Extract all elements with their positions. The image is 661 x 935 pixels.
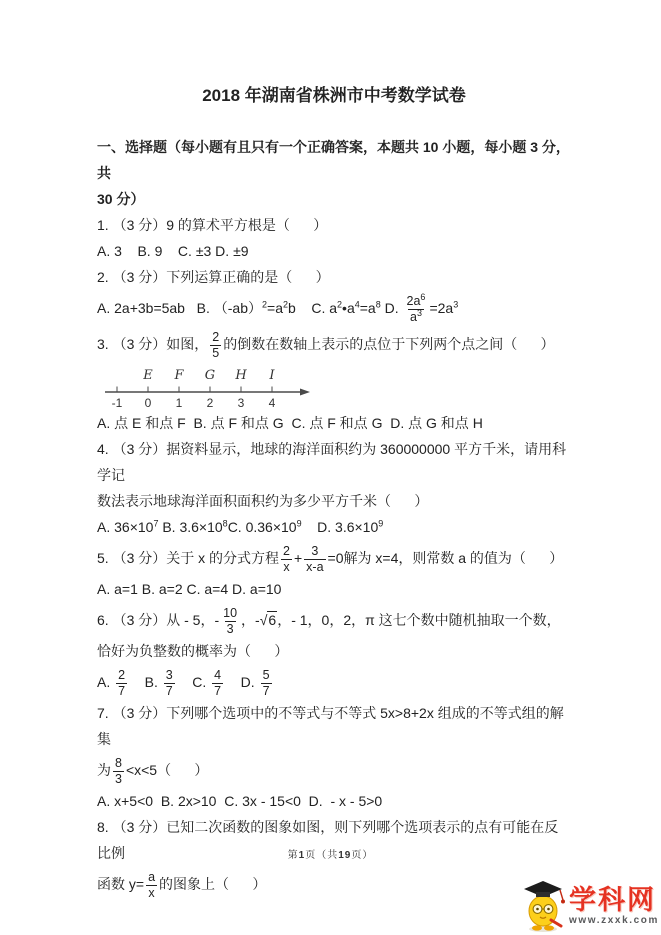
exam-content: 2018 年湖南省株洲市中考数学试卷 一、选择题（每小题有且只有一个正确答案，本… xyxy=(97,84,571,902)
page-title: 2018 年湖南省株洲市中考数学试卷 xyxy=(97,84,571,108)
question-4-stem-line1: 4. （3 分）据资料显示，地球的海洋面积约为 360000000 平方千米，请… xyxy=(97,436,571,488)
question-4: 4. （3 分）据资料显示，地球的海洋面积约为 360000000 平方千米，请… xyxy=(97,436,571,540)
point-label-F: F xyxy=(173,368,184,383)
section-heading-line1: 一、选择题（每小题有且只有一个正确答案，本题共 10 小题，每小题 3 分，共 xyxy=(97,134,571,186)
question-3: 3. （3 分）如图，25的倒数在数轴上表示的点位于下列两个点之间（ ） E xyxy=(97,326,571,436)
tick-label-3: 3 xyxy=(238,396,245,410)
question-4-stem-line2: 数法表示地球海洋面积面积约为多少平方千米（ ） xyxy=(97,488,571,514)
zxxk-logo-text: 学科网 www.zxxk.com xyxy=(569,887,659,926)
point-label-H: H xyxy=(234,368,247,383)
zxxk-logo[interactable]: 学科网 www.zxxk.com xyxy=(521,879,659,933)
question-7-stem-line1: 7. （3 分）下列哪个选项中的不等式与不等式 5x>8+2x 组成的不等式组的… xyxy=(97,700,571,752)
point-label-E: E xyxy=(142,368,153,383)
footer-text: 页（共 xyxy=(305,850,338,861)
zxxk-mascot-icon xyxy=(521,879,567,933)
question-8-stem-line2: 函数 y=ax的图象上（ ） xyxy=(97,866,571,902)
page-footer: 第1页（共19页） xyxy=(0,846,661,861)
zxxk-brand-text: 学科网 xyxy=(569,887,659,914)
question-2-options: A. 2a+3b=5ab B. （-ab）2=a2b C. a2•a4=a8 D… xyxy=(97,290,571,326)
question-2: 2. （3 分）下列运算正确的是（ ） A. 2a+3b=5ab B. （-ab… xyxy=(97,264,571,326)
question-6-stem-line2: 恰好为负整数的概率为（ ） xyxy=(97,638,571,664)
question-6-options: A. 27 B. 37 C. 47 D. 57 xyxy=(97,664,571,700)
footer-text: 第 xyxy=(288,850,299,861)
footer-text: 页） xyxy=(351,850,373,861)
tick-label-neg1: -1 xyxy=(112,396,123,410)
tick-label-2: 2 xyxy=(207,396,214,410)
point-label-I: I xyxy=(268,368,275,383)
question-5-stem: 5. （3 分）关于 x 的分式方程2x+3x-a=0解为 x=4，则常数 a … xyxy=(97,540,571,576)
question-1-options: A. 3 B. 9 C. ±3 D. ±9 xyxy=(97,238,571,264)
zxxk-url-text: www.zxxk.com xyxy=(569,915,659,926)
total-pages: 19 xyxy=(338,850,351,861)
question-6-stem-line1: 6. （3 分）从 - 5，-103，-√6，- 1，0，2，π 这七个数中随机… xyxy=(97,602,571,638)
exam-page: 2018 年湖南省株洲市中考数学试卷 一、选择题（每小题有且只有一个正确答案，本… xyxy=(0,0,661,935)
number-line-figure: E F G H I -1 0 1 2 3 4 xyxy=(103,364,571,410)
question-7-options: A. x+5<0 B. 2x>10 C. 3x - 15<0 D. - x - … xyxy=(97,788,571,814)
number-line-axis xyxy=(105,387,310,396)
question-1-stem: 1. （3 分）9 的算术平方根是（ ） xyxy=(97,212,571,238)
question-4-options: A. 36×107 B. 3.6×108C. 0.36×109 D. 3.6×1… xyxy=(97,514,571,540)
number-line-svg: E F G H I -1 0 1 2 3 4 xyxy=(103,364,315,410)
section-heading-line2: 30 分） xyxy=(97,186,571,212)
question-2-stem: 2. （3 分）下列运算正确的是（ ） xyxy=(97,264,571,290)
question-3-stem: 3. （3 分）如图，25的倒数在数轴上表示的点位于下列两个点之间（ ） xyxy=(97,326,571,362)
question-5-options: A. a=1 B. a=2 C. a=4 D. a=10 xyxy=(97,576,571,602)
point-label-G: G xyxy=(205,368,215,383)
tick-label-4: 4 xyxy=(269,396,276,410)
question-1: 1. （3 分）9 的算术平方根是（ ） A. 3 B. 9 C. ±3 D. … xyxy=(97,212,571,264)
question-5: 5. （3 分）关于 x 的分式方程2x+3x-a=0解为 x=4，则常数 a … xyxy=(97,540,571,602)
question-7-stem-line2: 为83<x<5（ ） xyxy=(97,752,571,788)
question-7: 7. （3 分）下列哪个选项中的不等式与不等式 5x>8+2x 组成的不等式组的… xyxy=(97,700,571,814)
question-3-options: A. 点 E 和点 F B. 点 F 和点 G C. 点 F 和点 G D. 点… xyxy=(97,410,571,436)
tick-label-0: 0 xyxy=(145,396,152,410)
tick-label-1: 1 xyxy=(176,396,183,410)
question-6: 6. （3 分）从 - 5，-103，-√6，- 1，0，2，π 这七个数中随机… xyxy=(97,602,571,700)
